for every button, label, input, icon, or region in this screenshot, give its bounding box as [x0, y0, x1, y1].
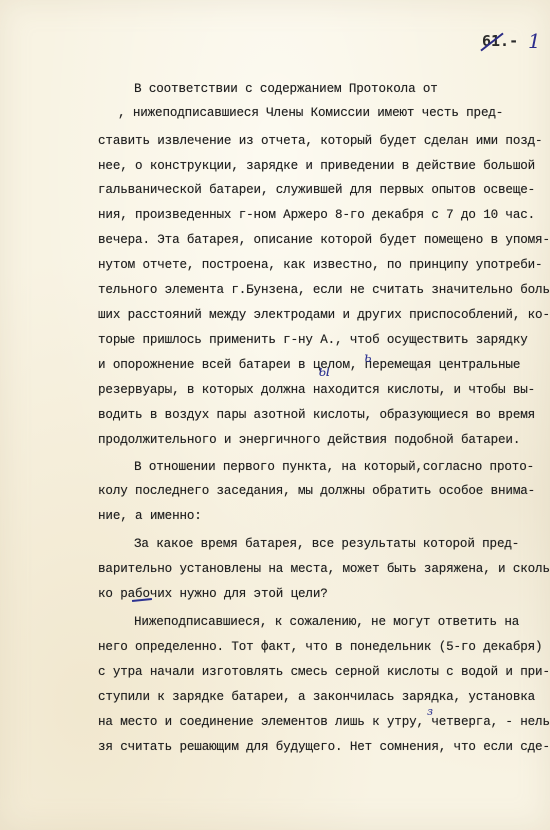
- text-line: , нижеподписавшиеся Члены Комиссии имеют…: [118, 104, 503, 122]
- text-line: вечера. Эта батарея, описание которой бу…: [98, 231, 550, 249]
- text-line: колу последнего заседания, мы должны обр…: [98, 482, 535, 500]
- text-line: него определенно. Тот факт, что в понеде…: [98, 638, 542, 656]
- page-number-handwritten: 1: [528, 29, 541, 53]
- handwritten-correction-soft-sign: ь: [364, 350, 372, 366]
- handwritten-correction-ending: ы: [318, 362, 330, 380]
- text-line: и опорожнение всей батареи в целом, пере…: [98, 356, 520, 374]
- text-line: продолжительного и энергичного действия …: [98, 431, 520, 449]
- text-line: ния, произведенных г-ном Аржеро 8-го дек…: [98, 206, 535, 224]
- text-line: ние, а именно:: [98, 507, 202, 525]
- text-line: с утра начали изготовлять смесь серной к…: [98, 663, 550, 681]
- document-page: 61.- 1 В соответствии с содержанием Прот…: [0, 0, 550, 830]
- text-line: тельного элемента г.Бунзена, если не счи…: [98, 281, 550, 299]
- text-line: ших расстояний между электродами и други…: [98, 306, 550, 324]
- text-line: на место и соединение элементов лишь к у…: [98, 713, 550, 731]
- text-line: варительно установлены на места, может б…: [98, 560, 550, 578]
- text-line: торые пришлось применить г-ну А., чтоб о…: [98, 331, 528, 349]
- text-line: зя считать решающим для будущего. Нет со…: [98, 738, 550, 756]
- text-line: резервуары, в которых должна находится к…: [98, 381, 535, 399]
- text-line: ступили к зарядке батареи, а закончилась…: [98, 688, 535, 706]
- text-line: водить в воздух пары азотной кислоты, об…: [98, 406, 535, 424]
- text-line: За какое время батарея, все результаты к…: [134, 535, 519, 553]
- text-line: гальванической батареи, служившей для пе…: [98, 181, 535, 199]
- page-number: 61.- 1: [482, 32, 518, 50]
- handwritten-comma-mark: з: [427, 705, 433, 718]
- text-line: нутом отчете, построена, как известно, п…: [98, 256, 542, 274]
- text-line: В отношении первого пункта, на который,с…: [134, 458, 534, 476]
- text-line: В соответствии с содержанием Протокола о…: [134, 80, 438, 98]
- text-line: нее, о конструкции, зарядке и приведении…: [98, 157, 535, 175]
- text-line: Нижеподписавшиеся, к сожалению, не могут…: [134, 613, 519, 631]
- text-line: ставить извлечение из отчета, который бу…: [98, 132, 542, 150]
